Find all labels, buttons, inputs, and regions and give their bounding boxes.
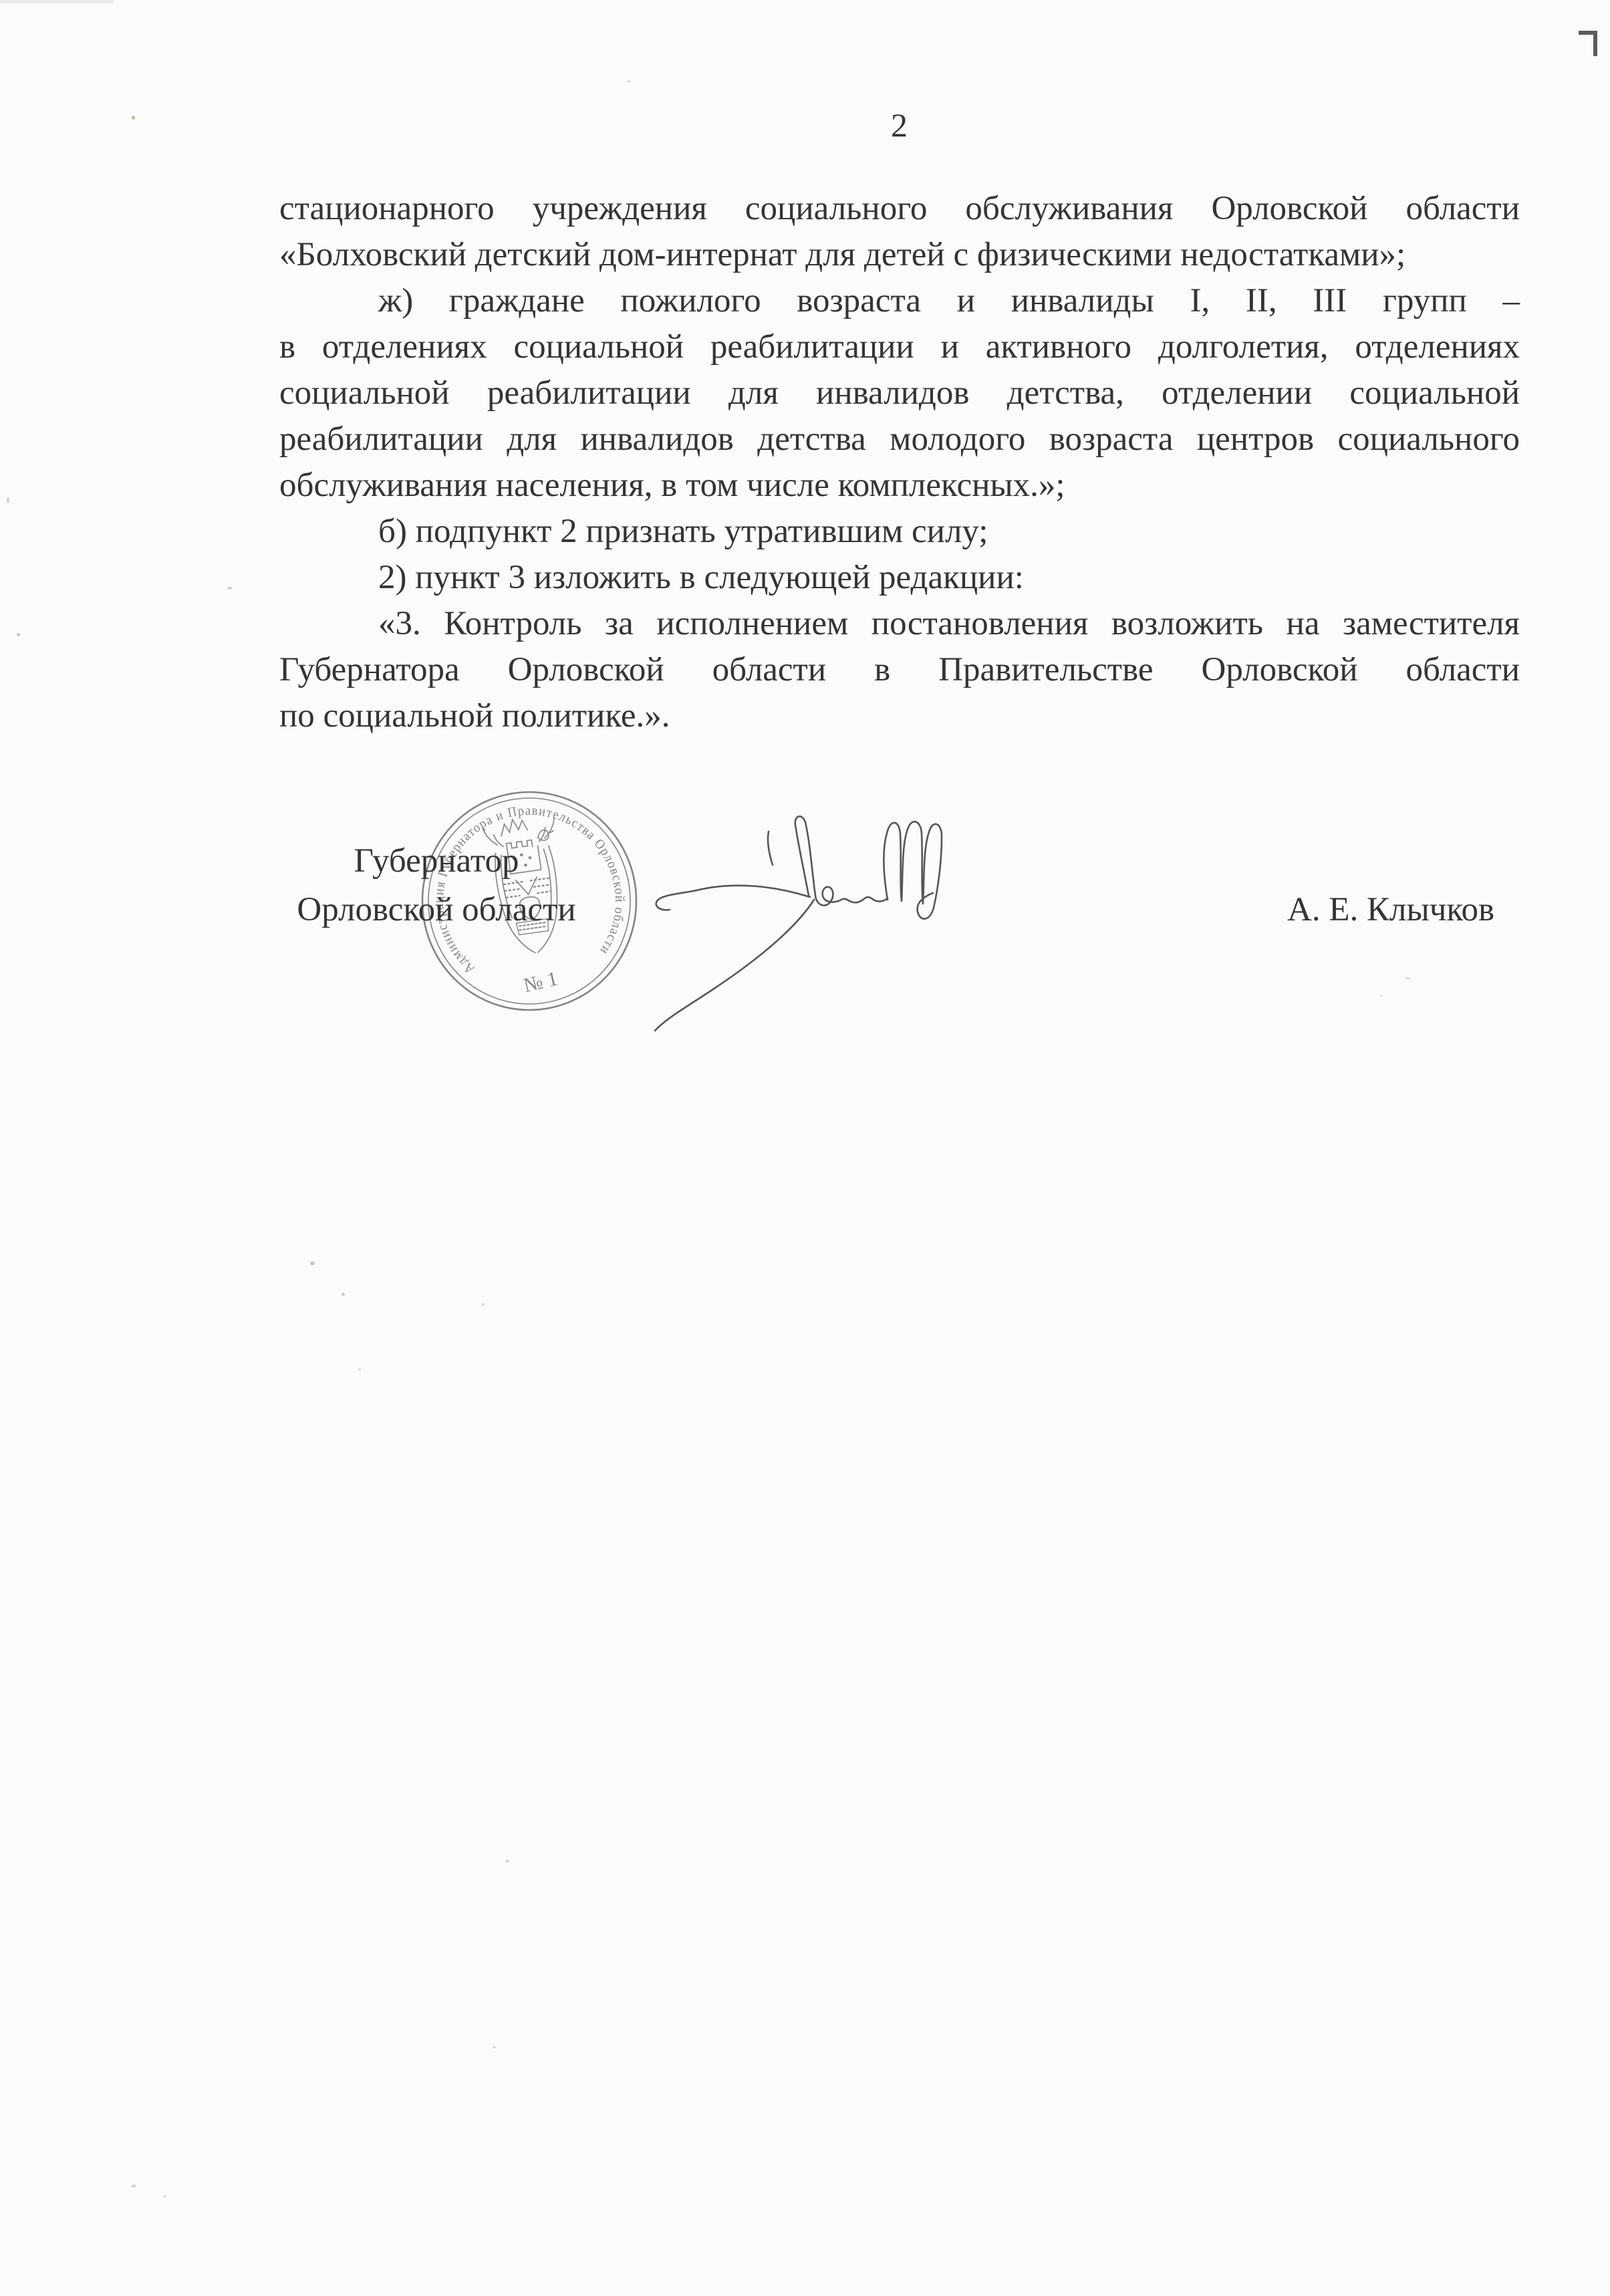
text-line: Губернатора Орловской области в Правител… <box>279 647 1520 693</box>
text-line: реабилитации для инвалидов детства молод… <box>279 416 1520 463</box>
corner-crop-mark <box>1579 31 1597 56</box>
scan-speck <box>342 1293 345 1296</box>
scan-speck <box>132 116 135 120</box>
scan-speck <box>627 80 631 82</box>
text-line: обслуживания населения, в том числе комп… <box>279 463 1520 509</box>
scan-speck <box>358 1368 361 1371</box>
scan-speck <box>481 1303 485 1306</box>
scan-speck <box>1379 995 1383 997</box>
signer-title: Губернатор Орловской области <box>277 837 596 934</box>
scan-speck <box>493 2046 496 2049</box>
text-line: в отделениях социальной реабилитации и а… <box>279 324 1520 370</box>
scan-speck <box>310 1261 315 1265</box>
document-body: стационарного учреждения социального обс… <box>279 186 1520 739</box>
scan-speck <box>131 2184 136 2188</box>
text-line: б) подпункт 2 признать утратившим силу; <box>279 509 1520 555</box>
signature-scribble <box>635 789 982 1056</box>
text-line: по социальной политике.». <box>279 693 1520 739</box>
scan-speck <box>17 633 20 636</box>
scan-speck <box>227 587 232 590</box>
scan-speck <box>505 1860 509 1863</box>
text-line: «3. Контроль за исполнением постановлени… <box>279 601 1520 647</box>
scan-speck <box>7 497 9 503</box>
text-line: ж) граждане пожилого возраста и инвалиды… <box>279 278 1520 324</box>
text-line: стационарного учреждения социального обс… <box>279 186 1520 232</box>
scanned-document-page: 2 стационарного учреждения социального о… <box>0 0 1610 2296</box>
page-number: 2 <box>279 106 1520 144</box>
scan-edge-artifact <box>0 0 114 3</box>
text-line: «Болховский детский дом-интернат для дет… <box>279 232 1520 278</box>
scan-speck <box>163 2195 166 2198</box>
signer-title-line2: Орловской области <box>277 886 596 934</box>
signer-title-line1: Губернатор <box>277 837 596 886</box>
stamp-number: № 1 <box>521 968 559 997</box>
text-line: социальной реабилитации для инвалидов де… <box>279 370 1520 416</box>
signer-name: А. Е. Клычков <box>1287 890 1528 929</box>
text-line: 2) пункт 3 изложить в следующей редакции… <box>279 555 1520 601</box>
scan-speck <box>1405 977 1411 979</box>
